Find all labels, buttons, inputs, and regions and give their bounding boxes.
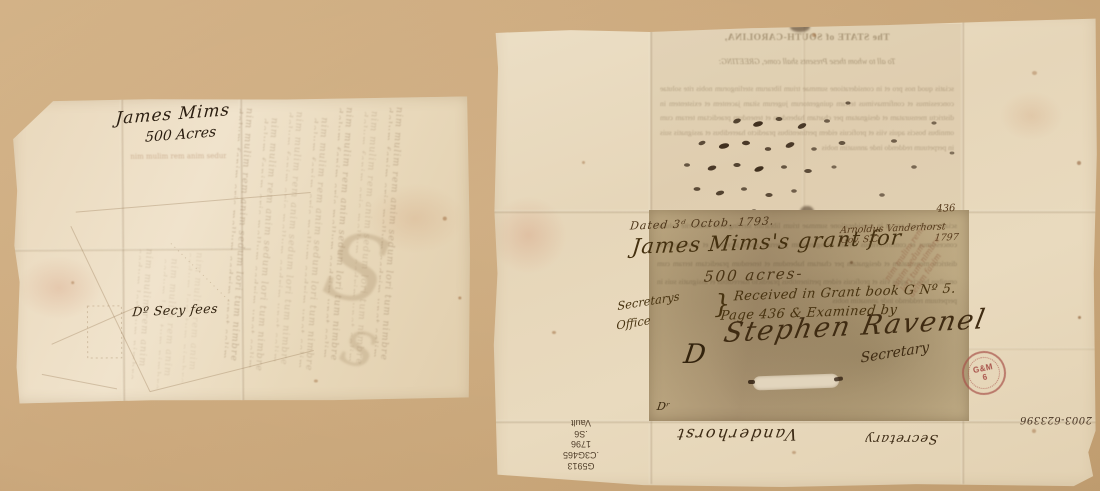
repair-strip: [753, 374, 839, 391]
foxing-spot: [1032, 429, 1036, 433]
accession-number: 2003-623396: [1010, 413, 1092, 432]
left-doc-docket-title: James Mims 500 Acres: [115, 100, 233, 148]
verso-signature-vanderhorst: Vanderhorst: [642, 425, 797, 444]
docket-acreage-line: 500 acres-: [704, 263, 804, 285]
right-document: The STATE of SOUTH-CAROLINA, To all to w…: [492, 11, 1098, 488]
foxing-spot: [1032, 71, 1037, 75]
stamp-text-number: 6: [982, 373, 988, 383]
right-doc-crease: [962, 347, 1098, 350]
foxing-spot: [812, 33, 816, 37]
bleedthrough-script-columns: nim mulim rem anim sedum lori tum nimbre…: [135, 248, 200, 393]
photograph-of-documents: James Mims 500 Acres nim mulim rem anim …: [0, 0, 1100, 491]
foxing-spot: [582, 161, 585, 164]
foxing-spot: [552, 331, 556, 334]
foxing-spot: [458, 296, 461, 299]
faint-stamp-text: nim mulim rem anim sedum lori tum nimbre…: [130, 152, 226, 162]
ink-smudge: [790, 20, 810, 32]
docket-letter-D: D: [684, 339, 706, 370]
call-number-block: G5913 .C3G465 1796 .S6 Vault: [540, 417, 622, 471]
ghost-print-salutation: To all to whom these Presents shall come…: [660, 57, 954, 66]
foxing-spot: [1077, 161, 1081, 165]
ghost-print-title: The STATE of SOUTH-CAROLINA,: [660, 33, 954, 43]
left-document: James Mims 500 Acres nim mulim rem anim …: [12, 96, 471, 403]
verso-signature-secretary: Secretary: [842, 431, 938, 450]
foxing-spot: [792, 451, 796, 454]
foxing-spot: [850, 261, 853, 264]
docket-letter-Dr: Dʳ: [657, 395, 670, 414]
left-doc-acreage: 500 Acres: [145, 124, 217, 146]
foxing-spot: [314, 379, 318, 382]
stitch-mark: [748, 380, 755, 384]
foxing-spot: [1078, 316, 1081, 319]
foxing-spot: [443, 217, 447, 221]
foxing-spot: [71, 281, 74, 284]
